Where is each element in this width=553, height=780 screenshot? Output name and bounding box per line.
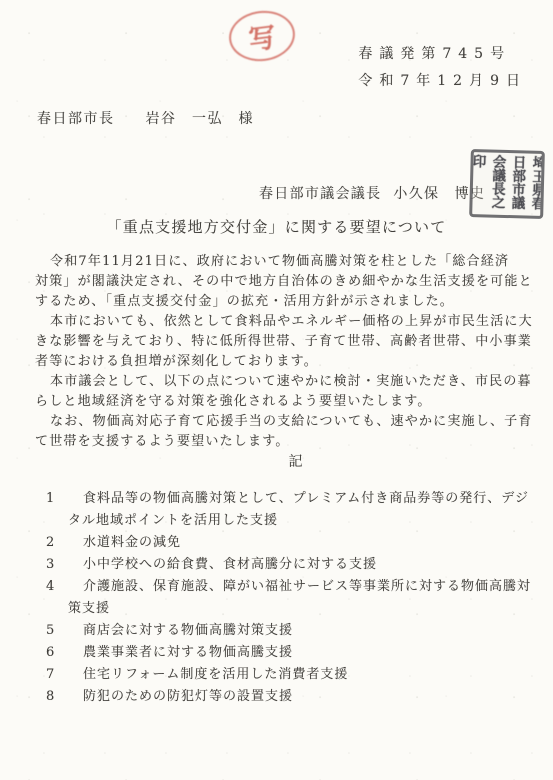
copy-stamp-icon: 写 [226, 7, 298, 65]
copy-stamp-label: 写 [246, 15, 278, 57]
item-number: 5 [46, 620, 68, 642]
scanned-letter-page: 写 春議発第745号 令和7年12月9日 春日部市長 岩谷 一弘 様 春日部市議… [0, 0, 553, 780]
document-number: 春議発第745号 [358, 41, 527, 68]
item-text: 食料品等の物価高騰対策として、プレミアム付き商品券等の発行、デジ タル地域ポイン… [68, 488, 541, 532]
item-number: 8 [46, 686, 68, 708]
item-text: 住宅リフォーム制度を活用した消費者支援 [68, 664, 541, 686]
request-item: 2 水道料金の減免 [35, 532, 541, 554]
request-item-list: 1 食料品等の物価高騰対策として、プレミアム付き商品券等の発行、デジ タル地域ポ… [35, 488, 541, 708]
item-number: 2 [46, 532, 68, 554]
item-number: 4 [46, 576, 68, 598]
document-title: 「重点支援地方交付金」に関する要望について [0, 216, 553, 237]
document-info: 春議発第745号 令和7年12月9日 [358, 41, 527, 95]
request-item: 5 商店会に対する物価高騰対策支援 [35, 620, 541, 642]
addressee-line: 春日部市長 岩谷 一弘 様 [37, 108, 254, 128]
request-item: 8 防犯のための防犯灯等の設置支援 [35, 686, 541, 708]
paragraph-2: 本市においても、依然として食料品やエネルギー価格の上昇が市民生活に大 きな影響を… [35, 312, 541, 372]
sender-title: 春日部市議会議長 [259, 186, 381, 202]
notation-marker: 記 [35, 452, 541, 472]
document-body: 令和7年11月21日に、政府において物価高騰対策を柱とした「総合経済 対策」が閣… [35, 252, 541, 708]
item-number: 6 [46, 642, 68, 664]
item-text: 小中学校への給食費、食材高騰分に対する支援 [68, 554, 541, 576]
request-item: 4 介護施設、保育施設、障がい福祉サービス等事業所に対する物価高騰対 策支援 [35, 576, 541, 620]
item-number: 7 [46, 664, 68, 686]
item-text: 商店会に対する物価高騰対策支援 [68, 620, 541, 642]
item-number: 1 [46, 488, 68, 510]
item-number: 3 [46, 554, 68, 576]
item-text: 介護施設、保育施設、障がい福祉サービス等事業所に対する物価高騰対 策支援 [68, 576, 541, 620]
item-text: 農業事業者に対する物価高騰支援 [68, 642, 541, 664]
request-item: 3 小中学校への給食費、食材高騰分に対する支援 [35, 554, 541, 576]
item-text: 水道料金の減免 [68, 532, 541, 554]
document-date: 令和7年12月9日 [358, 68, 527, 95]
paragraph-3: 本市議会として、以下の点について速やかに検討・実施いただき、市民の暮 らしと地域… [35, 372, 541, 412]
paragraph-1: 令和7年11月21日に、政府において物価高騰対策を柱とした「総合経済 対策」が閣… [35, 252, 541, 312]
item-text: 防犯のための防犯灯等の設置支援 [68, 686, 541, 708]
request-item: 7 住宅リフォーム制度を活用した消費者支援 [35, 664, 541, 686]
sender-line: 春日部市議会議長小久保 博史 [259, 183, 485, 203]
chairman-seal-icon: 埼玉県春日部市議会議長之印 [469, 149, 545, 219]
request-item: 6 農業事業者に対する物価高騰支援 [35, 642, 541, 664]
paragraph-4: なお、物価高対応子育て応援手当の支給についても、速やかに実施し、子育 て世帯を支… [35, 412, 541, 452]
request-item: 1 食料品等の物価高騰対策として、プレミアム付き商品券等の発行、デジ タル地域ポ… [35, 488, 541, 532]
chairman-seal-text: 埼玉県春日部市議会議長之印 [469, 154, 545, 214]
